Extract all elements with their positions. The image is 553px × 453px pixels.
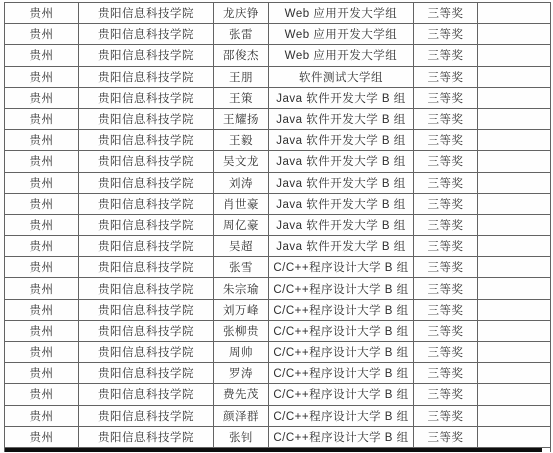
table-row: 贵州 贵阳信息科技学院 龙庆铮 Web 应用开发大学组 三等奖	[5, 3, 551, 24]
cell-province: 贵州	[5, 320, 79, 341]
cell-award: 三等奖	[414, 24, 478, 45]
cell-group: Java 软件开发大学 B 组	[269, 130, 414, 151]
cell-award: 三等奖	[414, 214, 478, 235]
table-row: 贵州 贵阳信息科技学院 罗涛 C/C++程序设计大学 B 组 三等奖	[5, 363, 551, 384]
cell-empty	[478, 299, 551, 320]
cell-group: C/C++程序设计大学 B 组	[269, 342, 414, 363]
cell-name: 张柳贵	[214, 320, 269, 341]
cell-school: 贵阳信息科技学院	[79, 320, 214, 341]
cell-empty	[478, 193, 551, 214]
awards-table-body: 贵州 贵阳信息科技学院 龙庆铮 Web 应用开发大学组 三等奖 贵州 贵阳信息科…	[5, 3, 551, 453]
cell-award: 三等奖	[414, 236, 478, 257]
cell-school: 贵阳信息科技学院	[79, 87, 214, 108]
cell-province: 贵州	[5, 45, 79, 66]
cell-empty	[478, 426, 551, 447]
table-row: 贵州 贵阳信息科技学院 刘涛 Java 软件开发大学 B 组 三等奖	[5, 172, 551, 193]
cell-group: C/C++程序设计大学 B 组	[269, 426, 414, 447]
cell-group: C/C++程序设计大学 B 组	[269, 384, 414, 405]
cell-award: 三等奖	[414, 384, 478, 405]
cell-school: 贵阳信息科技学院	[79, 66, 214, 87]
cell-empty	[478, 278, 551, 299]
cell-group: C/C++程序设计大学 B 组	[269, 405, 414, 426]
cell-province: 贵州	[5, 278, 79, 299]
cell-name: 刘涛	[214, 172, 269, 193]
cell-school: 贵阳信息科技学院	[79, 363, 214, 384]
cell-award: 三等奖	[414, 66, 478, 87]
table-row: 贵州 贵阳信息科技学院 王毅 Java 软件开发大学 B 组 三等奖	[5, 130, 551, 151]
cell-name: 颜泽群	[214, 405, 269, 426]
table-row: 贵州 贵阳信息科技学院 吴文龙 Java 软件开发大学 B 组 三等奖	[5, 151, 551, 172]
cell-group: Java 软件开发大学 B 组	[269, 172, 414, 193]
cell-award: 三等奖	[414, 426, 478, 447]
cell-group: Java 软件开发大学 B 组	[269, 151, 414, 172]
cell-award: 三等奖	[414, 405, 478, 426]
cell-school: 贵阳信息科技学院	[79, 130, 214, 151]
cell-award: 三等奖	[414, 3, 478, 24]
cell-empty	[478, 45, 551, 66]
cell-group: C/C++程序设计大学 B 组	[269, 299, 414, 320]
cell-award: 三等奖	[414, 151, 478, 172]
table-row: 贵州 贵阳信息科技学院 肖世豪 Java 软件开发大学 B 组 三等奖	[5, 193, 551, 214]
cell-empty	[478, 257, 551, 278]
cell-province: 贵州	[5, 426, 79, 447]
cell-province: 贵州	[5, 236, 79, 257]
table-row: 贵州 贵阳信息科技学院 张柳贵 C/C++程序设计大学 B 组 三等奖	[5, 320, 551, 341]
cell-province: 贵州	[5, 193, 79, 214]
cell-group: C/C++程序设计大学 B 组	[269, 257, 414, 278]
cell-award: 三等奖	[414, 278, 478, 299]
table-row: 贵州 贵阳信息科技学院 王策 Java 软件开发大学 B 组 三等奖	[5, 87, 551, 108]
cell-school: 贵阳信息科技学院	[79, 3, 214, 24]
cell-empty	[478, 130, 551, 151]
cell-name: 罗涛	[214, 363, 269, 384]
cell-name: 吴超	[214, 236, 269, 257]
table-row: 贵州 贵阳信息科技学院 王朋 软件测试大学组 三等奖	[5, 66, 551, 87]
cell-group: C/C++程序设计大学 B 组	[269, 278, 414, 299]
cell-empty	[478, 214, 551, 235]
cell-name: 吴文龙	[214, 151, 269, 172]
cell-award: 三等奖	[414, 172, 478, 193]
awards-table: 贵州 贵阳信息科技学院 龙庆铮 Web 应用开发大学组 三等奖 贵州 贵阳信息科…	[4, 2, 551, 452]
cell-group: Java 软件开发大学 B 组	[269, 214, 414, 235]
cell-empty	[478, 151, 551, 172]
cell-province: 贵州	[5, 66, 79, 87]
cell-award: 三等奖	[414, 342, 478, 363]
cell-empty	[478, 384, 551, 405]
cell-school: 贵阳信息科技学院	[79, 193, 214, 214]
table-row: 贵州 贵阳信息科技学院 费先茂 C/C++程序设计大学 B 组 三等奖	[5, 384, 551, 405]
cell-province: 贵州	[5, 172, 79, 193]
cell-name: 肖世豪	[214, 193, 269, 214]
cell-group: Java 软件开发大学 B 组	[269, 108, 414, 129]
cell-school: 贵阳信息科技学院	[79, 214, 214, 235]
cell-school: 贵阳信息科技学院	[79, 426, 214, 447]
cell-name: 王朋	[214, 66, 269, 87]
cell-name: 龙庆铮	[214, 3, 269, 24]
cell-province: 贵州	[5, 24, 79, 45]
cell-group: C/C++程序设计大学 B 组	[269, 320, 414, 341]
cell-empty	[478, 66, 551, 87]
table-row: 贵州 贵阳信息科技学院 张雷 Web 应用开发大学组 三等奖	[5, 24, 551, 45]
cell-award: 三等奖	[414, 108, 478, 129]
cell-name: 周亿豪	[214, 214, 269, 235]
cell-award: 三等奖	[414, 363, 478, 384]
cell-award: 三等奖	[414, 87, 478, 108]
cell-group: Web 应用开发大学组	[269, 3, 414, 24]
table-row: 贵州 贵阳信息科技学院 吴超 Java 软件开发大学 B 组 三等奖	[5, 236, 551, 257]
cell-school: 贵阳信息科技学院	[79, 108, 214, 129]
cell-school: 贵阳信息科技学院	[79, 384, 214, 405]
cell-province: 贵州	[5, 214, 79, 235]
cell-name: 王毅	[214, 130, 269, 151]
cell-province: 贵州	[5, 405, 79, 426]
cell-award: 三等奖	[414, 257, 478, 278]
cell-award: 三等奖	[414, 320, 478, 341]
cell-group: Web 应用开发大学组	[269, 24, 414, 45]
cell-name: 邵俊杰	[214, 45, 269, 66]
cell-province: 贵州	[5, 299, 79, 320]
award-results-screenshot: 贵州 贵阳信息科技学院 龙庆铮 Web 应用开发大学组 三等奖 贵州 贵阳信息科…	[0, 0, 553, 453]
cell-award: 三等奖	[414, 130, 478, 151]
cell-name: 张钊	[214, 426, 269, 447]
cell-group: Java 软件开发大学 B 组	[269, 193, 414, 214]
table-row: 贵州 贵阳信息科技学院 张雪 C/C++程序设计大学 B 组 三等奖	[5, 257, 551, 278]
cell-province: 贵州	[5, 151, 79, 172]
cell-province: 贵州	[5, 87, 79, 108]
cell-award: 三等奖	[414, 299, 478, 320]
table-row: 贵州 贵阳信息科技学院 张钊 C/C++程序设计大学 B 组 三等奖	[5, 426, 551, 447]
cell-name: 周帅	[214, 342, 269, 363]
bottom-black-bar	[5, 448, 542, 452]
cell-group: 软件测试大学组	[269, 66, 414, 87]
cell-award: 三等奖	[414, 45, 478, 66]
table-row: 贵州 贵阳信息科技学院 周帅 C/C++程序设计大学 B 组 三等奖	[5, 342, 551, 363]
cell-group: C/C++程序设计大学 B 组	[269, 363, 414, 384]
cell-name: 张雪	[214, 257, 269, 278]
table-row: 贵州 贵阳信息科技学院 颜泽群 C/C++程序设计大学 B 组 三等奖	[5, 405, 551, 426]
cell-school: 贵阳信息科技学院	[79, 299, 214, 320]
cell-group: Web 应用开发大学组	[269, 45, 414, 66]
cell-empty	[478, 108, 551, 129]
cell-name: 刘万峰	[214, 299, 269, 320]
cell-school: 贵阳信息科技学院	[79, 405, 214, 426]
cell-school: 贵阳信息科技学院	[79, 151, 214, 172]
cell-school: 贵阳信息科技学院	[79, 45, 214, 66]
cell-empty	[478, 405, 551, 426]
table-row: 贵州 贵阳信息科技学院 刘万峰 C/C++程序设计大学 B 组 三等奖	[5, 299, 551, 320]
cell-group: Java 软件开发大学 B 组	[269, 236, 414, 257]
cell-province: 贵州	[5, 130, 79, 151]
cell-empty	[478, 236, 551, 257]
cell-school: 贵阳信息科技学院	[79, 236, 214, 257]
cell-award: 三等奖	[414, 193, 478, 214]
cell-school: 贵阳信息科技学院	[79, 172, 214, 193]
cell-name: 王策	[214, 87, 269, 108]
cell-province: 贵州	[5, 3, 79, 24]
cell-name: 朱宗瑜	[214, 278, 269, 299]
cell-empty	[478, 24, 551, 45]
table-row: 贵州 贵阳信息科技学院 朱宗瑜 C/C++程序设计大学 B 组 三等奖	[5, 278, 551, 299]
cell-empty	[478, 172, 551, 193]
cell-school: 贵阳信息科技学院	[79, 342, 214, 363]
cell-name: 张雷	[214, 24, 269, 45]
cell-empty	[478, 87, 551, 108]
cell-name: 王耀扬	[214, 108, 269, 129]
cell-province: 贵州	[5, 108, 79, 129]
table-row: 贵州 贵阳信息科技学院 周亿豪 Java 软件开发大学 B 组 三等奖	[5, 214, 551, 235]
cell-province: 贵州	[5, 363, 79, 384]
cell-school: 贵阳信息科技学院	[79, 24, 214, 45]
cell-empty	[478, 342, 551, 363]
cell-province: 贵州	[5, 342, 79, 363]
cell-empty	[478, 363, 551, 384]
cell-empty	[478, 320, 551, 341]
cell-empty	[478, 3, 551, 24]
cell-group: Java 软件开发大学 B 组	[269, 87, 414, 108]
cell-school: 贵阳信息科技学院	[79, 278, 214, 299]
cell-province: 贵州	[5, 384, 79, 405]
cell-province: 贵州	[5, 257, 79, 278]
table-row: 贵州 贵阳信息科技学院 王耀扬 Java 软件开发大学 B 组 三等奖	[5, 108, 551, 129]
cell-name: 费先茂	[214, 384, 269, 405]
cell-school: 贵阳信息科技学院	[79, 257, 214, 278]
table-row: 贵州 贵阳信息科技学院 邵俊杰 Web 应用开发大学组 三等奖	[5, 45, 551, 66]
